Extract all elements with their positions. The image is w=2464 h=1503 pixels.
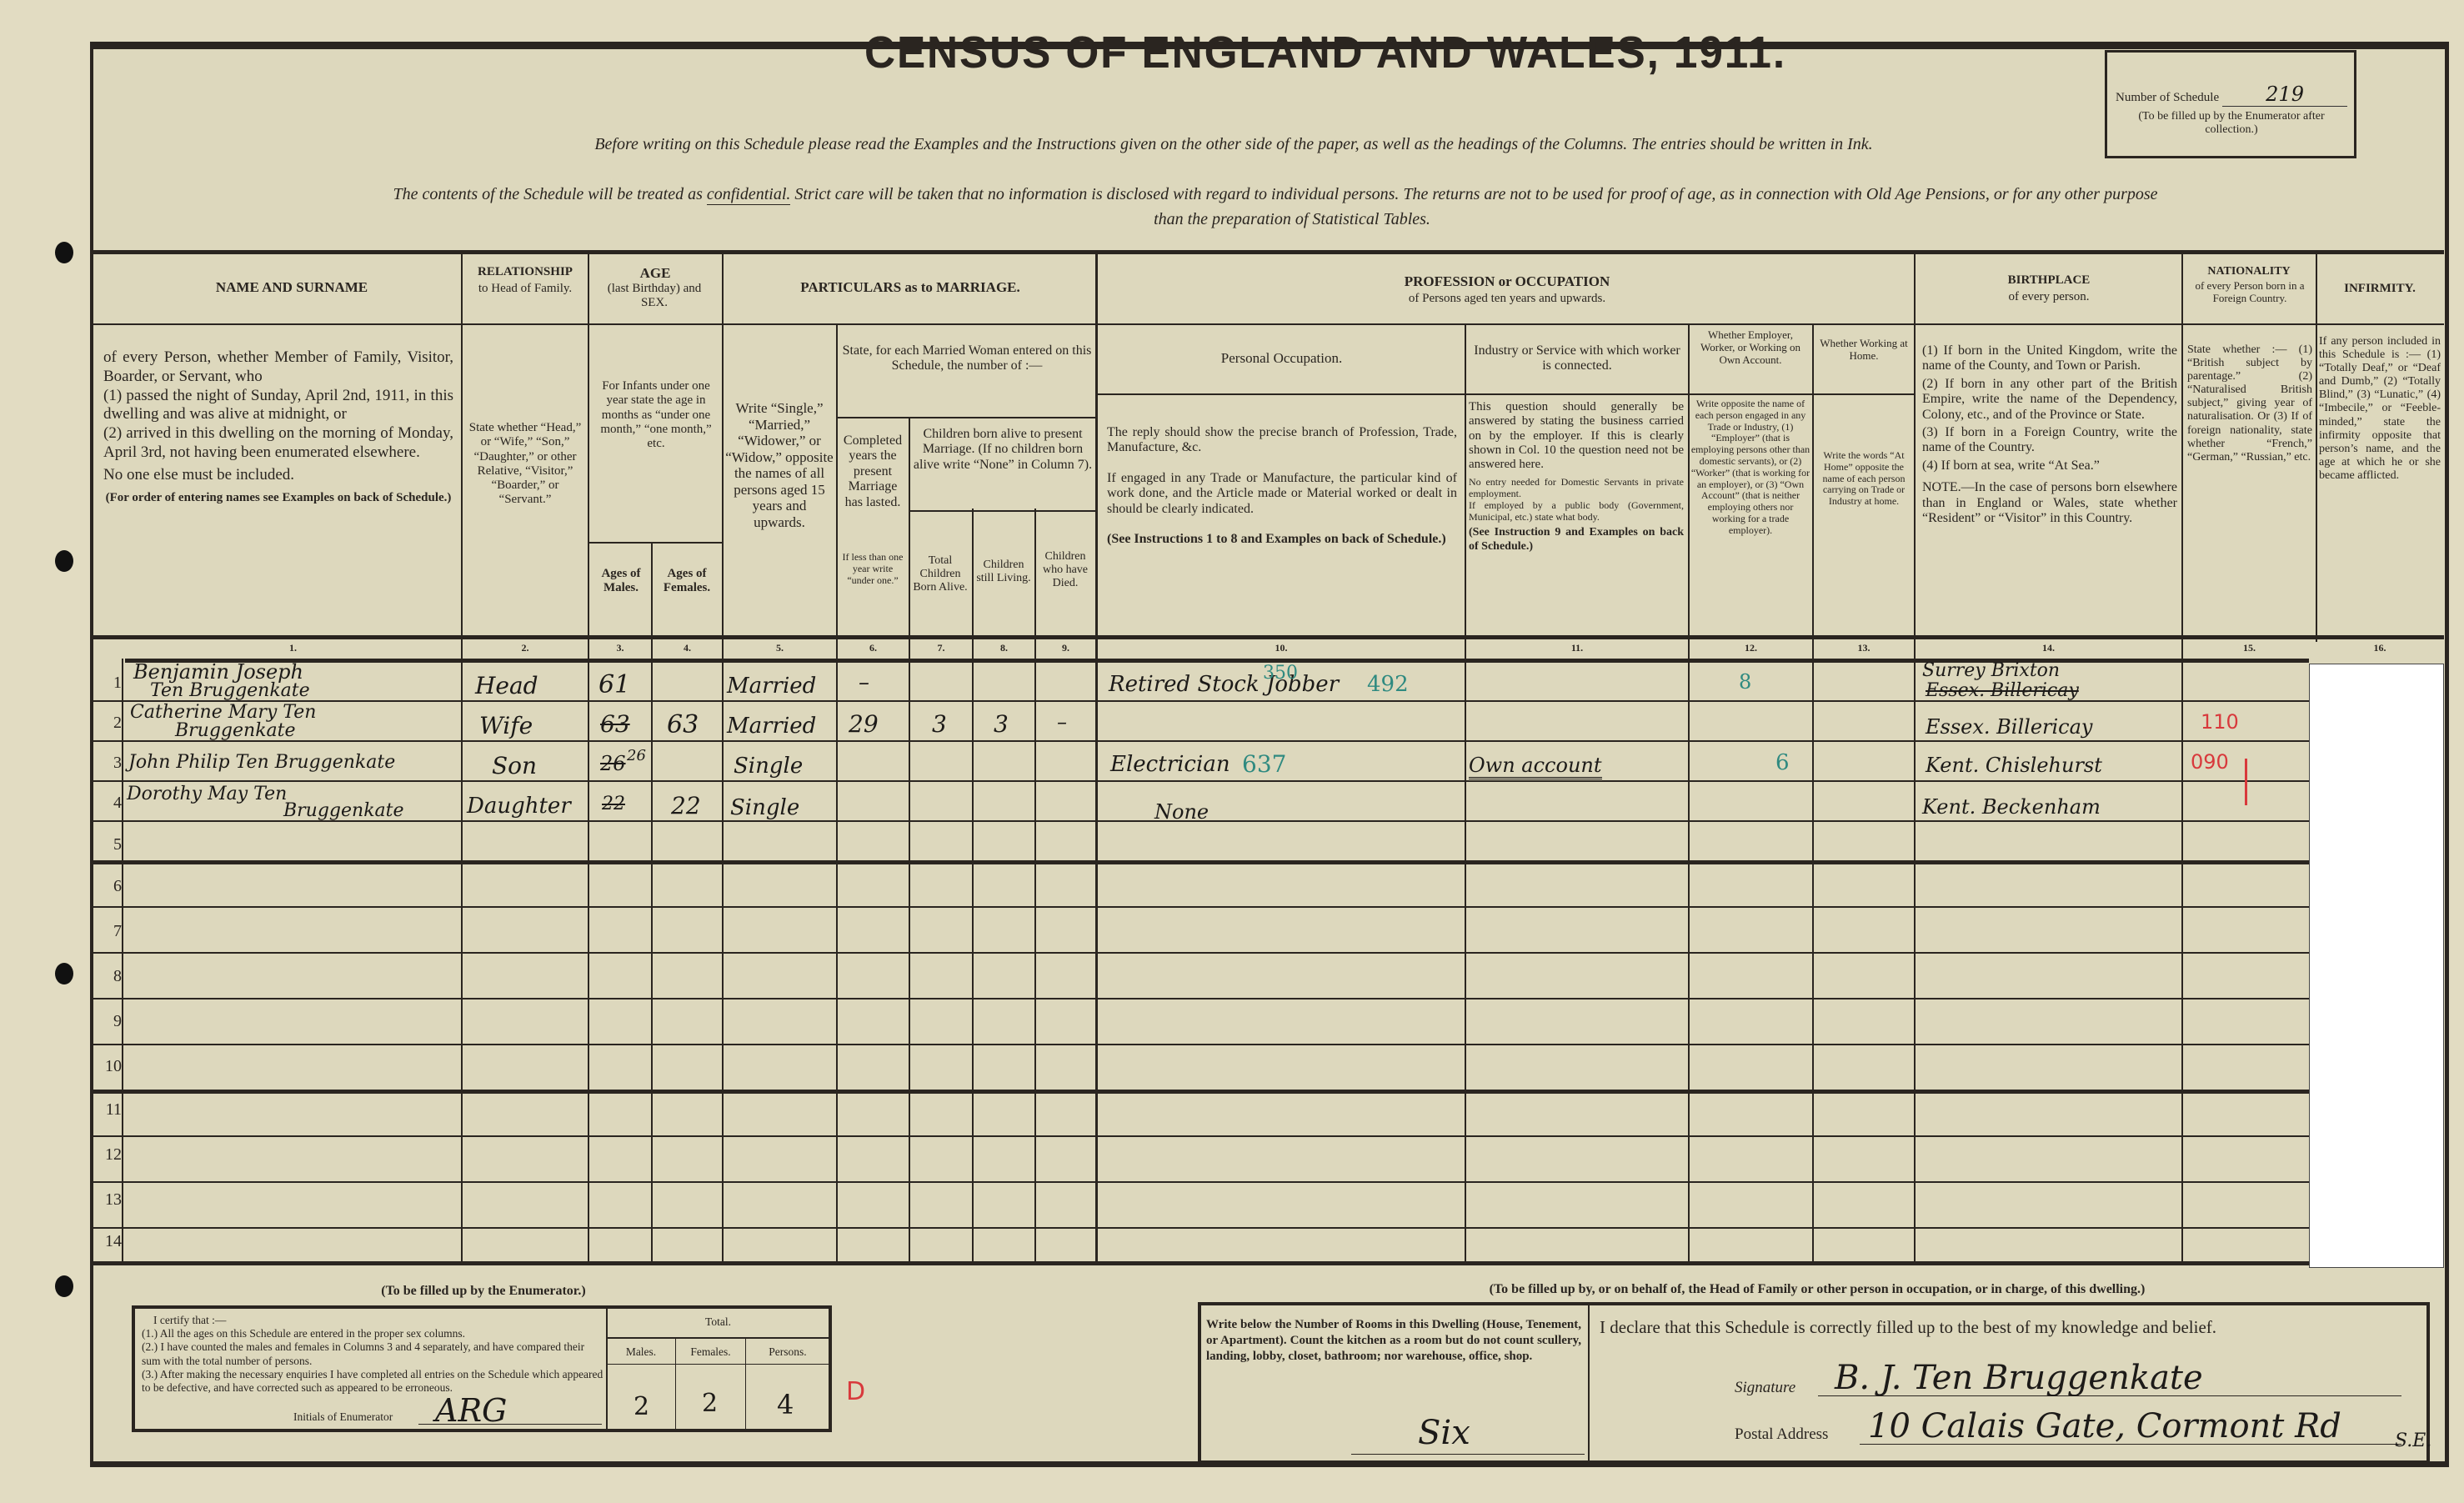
col-divider xyxy=(2316,250,2317,642)
header-employer: Whether Employer, Worker, or Working on … xyxy=(1690,329,1810,367)
table-bottom-border xyxy=(93,1261,2444,1265)
col-number: 2. xyxy=(463,642,588,654)
instruction-line-3: than the preparation of Statistical Tabl… xyxy=(1000,210,1584,229)
row-number: 6 xyxy=(93,877,122,896)
row-line xyxy=(93,740,2309,742)
age-male-cell[interactable]: 61 xyxy=(598,670,630,699)
header-married-woman: State, for each Married Woman entered on… xyxy=(842,343,1092,374)
header-at-home-desc: Write the words “At Home” opposite the n… xyxy=(1817,450,1911,508)
certify-item-2: (2.) I have counted the males and female… xyxy=(142,1340,604,1367)
col-number: 5. xyxy=(724,642,836,654)
occupation-cell[interactable]: Retired Stock Jobber xyxy=(1109,672,1339,697)
col-number: 1. xyxy=(125,642,461,654)
row-line xyxy=(93,1227,2309,1229)
personal-desc-1: The reply should show the precise branch… xyxy=(1107,425,1457,456)
condition-cell[interactable]: Single xyxy=(734,754,803,779)
header-years-note: If less than one year write “under one.” xyxy=(839,552,907,586)
age-male-struck: 63 xyxy=(600,710,630,738)
header-industry-desc: This question should generally be answer… xyxy=(1469,400,1684,554)
col-number: 10. xyxy=(1098,642,1465,654)
header-relationship: RELATIONSHIP xyxy=(463,265,587,279)
name-desc-1: of every Person, whether Member of Famil… xyxy=(103,348,453,387)
occupation-cell[interactable]: Electrician xyxy=(1110,752,1230,777)
schedule-number-note: (To be filled up by the Enumerator after… xyxy=(2116,110,2347,137)
age-female-cell[interactable]: 22 xyxy=(671,792,701,819)
declaration-text: I declare that this Schedule is correctl… xyxy=(1600,1317,2400,1338)
col-number: 11. xyxy=(1466,642,1688,654)
col-number: 6. xyxy=(838,642,909,654)
header-industry: Industry or Service with which worker is… xyxy=(1469,343,1685,374)
col-divider xyxy=(909,417,910,1261)
birthplace-cell[interactable]: Surrey Brixton xyxy=(1922,660,2060,681)
row-line xyxy=(93,906,2309,908)
name-desc-3: (2) arrived in this dwelling on the morn… xyxy=(103,424,453,463)
row-number: 13 xyxy=(93,1190,122,1210)
name-desc-5: (For order of entering names see Example… xyxy=(103,490,453,505)
header-infirmity-desc: If any person included in this Schedule … xyxy=(2319,335,2441,483)
occupier-heading: (To be filled up by, or on behalf of, th… xyxy=(1284,1282,2351,1297)
col-divider xyxy=(1688,323,1690,1261)
col-number: 16. xyxy=(2317,642,2442,654)
age-male-struck: 26 xyxy=(600,752,626,775)
occupation-code: 350 xyxy=(1263,663,1298,684)
instruction-line-2: The contents of the Schedule will be tre… xyxy=(117,185,2434,205)
personal-desc-2: If engaged in any Trade or Manufacture, … xyxy=(1107,471,1457,517)
col-divider xyxy=(1095,250,1098,1261)
signature-label: Signature xyxy=(1735,1379,1795,1397)
name-cell-line2[interactable]: Bruggenkate xyxy=(175,720,296,741)
birthplace-desc-3: (3) If born in a Foreign Country, write … xyxy=(1922,425,2177,456)
header-age-desc: For Infants under one year state the age… xyxy=(590,379,722,451)
employer-code: 8 xyxy=(1739,670,1751,694)
col-divider xyxy=(122,659,123,1261)
header-name-desc: of every Person, whether Member of Famil… xyxy=(103,348,453,505)
row-number: 5 xyxy=(93,835,122,854)
females-label: Females. xyxy=(676,1345,745,1359)
persons-label: Persons. xyxy=(746,1345,829,1359)
header-marriage-condition: Write “Single,” “Married,” “Widower,” or… xyxy=(725,400,834,530)
confidential-word: confidential. xyxy=(707,185,791,205)
certify-item-3: (3.) After making the necessary enquirie… xyxy=(142,1368,604,1395)
header-infirmity: INFIRMITY. xyxy=(2319,282,2441,296)
column-number-divider xyxy=(93,635,2444,639)
birthplace-cell[interactable]: Essex. Billericay xyxy=(1926,715,2092,739)
rooms-instruction: Write below the Number of Rooms in this … xyxy=(1206,1317,1581,1364)
col-divider xyxy=(1034,509,1036,1261)
row-line xyxy=(93,1090,2309,1094)
punch-hole xyxy=(55,550,73,572)
name-cell-line2[interactable]: Bruggenkate xyxy=(283,800,404,821)
totals-hline xyxy=(608,1364,829,1365)
header-birthplace-sub: of every person. xyxy=(1917,290,2181,304)
name-cell-line2[interactable]: Ten Bruggenkate xyxy=(150,680,310,701)
punch-hole xyxy=(55,1275,73,1297)
header-relationship-sub: to Head of Family. xyxy=(475,282,575,296)
enumerator-heading: (To be filled up by the Enumerator.) xyxy=(317,1284,650,1299)
col-number: 4. xyxy=(653,642,722,654)
totals-hline xyxy=(608,1337,829,1339)
header-name: NAME AND SURNAME xyxy=(125,279,458,296)
header-age-males: Ages of Males. xyxy=(593,567,649,596)
age-male-struck: 22 xyxy=(602,794,625,814)
header-age-females: Ages of Females. xyxy=(654,567,720,596)
row-number: 8 xyxy=(93,967,122,986)
col-number: 14. xyxy=(1916,642,2181,654)
row-number: 14 xyxy=(93,1232,122,1251)
total-persons[interactable]: 4 xyxy=(777,1389,794,1420)
schedule-number-value[interactable]: 219 xyxy=(2222,83,2347,107)
postal-address-suffix: S.E. xyxy=(2395,1430,2431,1451)
col-number: 12. xyxy=(1690,642,1812,654)
row-number: 11 xyxy=(93,1100,122,1120)
row-line xyxy=(93,1135,2309,1137)
enumerator-red-mark: D xyxy=(846,1377,865,1406)
total-females[interactable]: 2 xyxy=(702,1389,718,1418)
employer-code: 6 xyxy=(1775,750,1790,775)
subheader-line xyxy=(1095,393,1812,395)
header-age: AGE xyxy=(590,265,720,282)
redacted-infirmity-column xyxy=(2309,664,2444,1268)
rooms-value[interactable]: Six xyxy=(1418,1414,1470,1452)
row-number: 12 xyxy=(93,1145,122,1165)
age-female-cell[interactable]: 63 xyxy=(667,710,699,739)
industry-desc-4: (See Instruction 9 and Examples on back … xyxy=(1469,526,1684,553)
punch-hole xyxy=(55,242,73,263)
header-total-born: Total Children Born Alive. xyxy=(910,554,970,594)
header-marriage: PARTICULARS as to MARRIAGE. xyxy=(725,279,1095,296)
condition-cell[interactable]: Single xyxy=(730,795,799,820)
col-divider xyxy=(588,250,589,1261)
row-line xyxy=(93,1044,2309,1045)
header-died: Children who have Died. xyxy=(1036,550,1094,590)
header-children-desc: Children born alive to present Marriage.… xyxy=(912,427,1094,473)
signature-value[interactable]: B. J. Ten Bruggenkate xyxy=(1835,1359,2203,1397)
children-died-cell[interactable]: – xyxy=(1057,710,1067,734)
row-number: 10 xyxy=(93,1057,122,1076)
nationality-code: 110 xyxy=(2201,710,2239,734)
header-personal-desc: The reply should show the precise branch… xyxy=(1107,425,1457,547)
header-personal-occupation: Personal Occupation. xyxy=(1100,350,1463,367)
name-cell[interactable]: John Philip Ten Bruggenkate xyxy=(128,752,395,773)
condition-cell[interactable]: Married xyxy=(727,674,816,699)
subheader-line xyxy=(909,510,1095,512)
row-line xyxy=(93,952,2309,954)
col-divider xyxy=(836,323,838,1261)
children-living-cell[interactable]: 3 xyxy=(994,710,1009,738)
birthplace-cell[interactable]: Kent. Chislehurst xyxy=(1926,754,2102,777)
name-desc-4: No one else must be included. xyxy=(103,466,453,485)
col-number: 13. xyxy=(1814,642,1914,654)
header-age-sub: (last Birthday) and SEX. xyxy=(600,282,709,311)
age-male-cell[interactable]: 26 xyxy=(627,747,646,764)
row-number: 1 xyxy=(93,674,122,693)
relationship-cell[interactable]: Son xyxy=(492,752,537,779)
birthplace-desc-1: (1) If born in the United Kingdom, write… xyxy=(1922,343,2177,374)
col-divider xyxy=(722,250,724,1261)
row-line xyxy=(93,780,2309,782)
instruction-text: The contents of the Schedule will be tre… xyxy=(393,185,702,203)
col-divider xyxy=(972,509,974,1261)
col-number: 15. xyxy=(2183,642,2316,654)
header-relationship-desc: State whether “Head,” or “Wife,” “Son,” … xyxy=(467,421,583,508)
males-label: Males. xyxy=(608,1345,674,1359)
col-divider xyxy=(461,250,463,1261)
certify-label: I certify that :— xyxy=(142,1314,604,1327)
industry-desc-1: This question should generally be answer… xyxy=(1469,400,1684,472)
col-number: 8. xyxy=(974,642,1034,654)
birthplace-desc-2: (2) If born in any other part of the Bri… xyxy=(1922,377,2177,423)
row-line xyxy=(93,1181,2309,1183)
years-married-cell[interactable]: 29 xyxy=(849,710,879,738)
relationship-cell[interactable]: Head xyxy=(475,672,538,699)
occupation-code: 637 xyxy=(1242,750,1286,778)
total-males[interactable]: 2 xyxy=(634,1392,649,1421)
subheader-line xyxy=(588,542,722,544)
rooms-line xyxy=(1351,1454,1585,1455)
instruction-text: Strict care will be taken that no inform… xyxy=(794,185,2157,203)
birthplace-struck: Essex. Billericay xyxy=(1926,680,2079,701)
col-number: 3. xyxy=(589,642,651,654)
punch-hole xyxy=(55,963,73,984)
name-desc-2: (1) passed the night of Sunday, April 2n… xyxy=(103,387,453,425)
document-title: CENSUS OF ENGLAND AND WALES, 1911. xyxy=(764,27,1888,78)
header-occupation: PROFESSION or OCCUPATION xyxy=(1100,273,1914,290)
header-birthplace: BIRTHPLACE xyxy=(1917,273,2181,288)
instruction-line-1: Before writing on this Schedule please r… xyxy=(317,135,2151,154)
condition-cell[interactable]: Married xyxy=(727,714,816,739)
row-number: 2 xyxy=(93,714,122,733)
col-divider xyxy=(1465,323,1466,1261)
years-married-cell[interactable]: – xyxy=(859,670,869,695)
birthplace-cell[interactable]: Kent. Beckenham xyxy=(1922,795,2101,819)
industry-desc-3: If employed by a public body (Government… xyxy=(1469,500,1684,524)
row-number: 9 xyxy=(93,1012,122,1031)
header-nationality: NATIONALITY xyxy=(2184,265,2314,278)
rooms-divider xyxy=(1588,1305,1590,1460)
header-years-married: Completed years the present Marriage has… xyxy=(839,433,907,510)
header-occupation-sub: of Persons aged ten years and upwards. xyxy=(1100,292,1914,306)
nationality-code: 090 xyxy=(2191,750,2229,774)
industry-cell[interactable]: Own account xyxy=(1469,754,1602,779)
birthplace-desc-4: (4) If born at sea, write “At Sea.” xyxy=(1922,458,2177,473)
relationship-cell[interactable]: Daughter xyxy=(467,794,571,819)
postal-address-value[interactable]: 10 Calais Gate, Cormont Rd xyxy=(1868,1407,2341,1445)
name-cell[interactable]: Dorothy May Ten xyxy=(127,784,287,804)
schedule-number-label: Number of Schedule xyxy=(2116,91,2219,105)
personal-desc-3: (See Instructions 1 to 8 and Examples on… xyxy=(1107,532,1457,547)
header-nationality-sub: of every Person born in a Foreign Countr… xyxy=(2188,280,2311,305)
schedule-number-box: Number of Schedule 219 (To be filled up … xyxy=(2105,50,2356,158)
relationship-cell[interactable]: Wife xyxy=(479,712,533,739)
enumerator-certification-box: I certify that :— (1.) All the ages on t… xyxy=(132,1305,832,1432)
header-at-home: Whether Working at Home. xyxy=(1815,338,1912,363)
header-divider xyxy=(93,323,2444,325)
subheader-line xyxy=(1812,393,1914,395)
total-label: Total. xyxy=(608,1315,829,1329)
enumerator-initials[interactable]: ARG xyxy=(435,1392,507,1429)
industry-code: 492 xyxy=(1367,672,1409,697)
postal-address-label: Postal Address xyxy=(1735,1425,1828,1444)
red-tick-mark xyxy=(2245,759,2247,805)
col-divider xyxy=(1914,250,1916,1261)
header-employer-desc: Write opposite the name of each person e… xyxy=(1690,398,1810,537)
table-top-border xyxy=(93,250,2444,254)
row-line xyxy=(93,860,2309,864)
birthplace-note: NOTE.—In the case of persons born elsewh… xyxy=(1922,480,2177,526)
occupation-cell[interactable]: None xyxy=(1154,800,1209,824)
certify-item-1: (1.) All the ages on this Schedule are e… xyxy=(142,1327,604,1340)
header-birthplace-desc: (1) If born in the United Kingdom, write… xyxy=(1922,343,2177,526)
col-divider xyxy=(1812,323,1814,1261)
row-number: 4 xyxy=(93,794,122,813)
row-number: 3 xyxy=(93,754,122,773)
header-still-living: Children still Living. xyxy=(974,559,1034,585)
row-number: 7 xyxy=(93,922,122,941)
initials-label: Initials of Enumerator xyxy=(293,1410,393,1424)
occupier-declaration-box: Write below the Number of Rooms in this … xyxy=(1198,1302,2430,1464)
industry-desc-2: No entry needed for Domestic Servants in… xyxy=(1469,477,1684,500)
header-nationality-desc: State whether :— (1) “British subject by… xyxy=(2187,343,2312,464)
subheader-line xyxy=(836,417,1095,418)
col-divider xyxy=(2181,250,2183,1261)
row-line xyxy=(93,998,2309,999)
enumerator-certify-text: I certify that :— (1.) All the ages on t… xyxy=(142,1314,604,1395)
col-number: 7. xyxy=(910,642,972,654)
col-number: 9. xyxy=(1036,642,1095,654)
children-born-cell[interactable]: 3 xyxy=(932,710,947,738)
